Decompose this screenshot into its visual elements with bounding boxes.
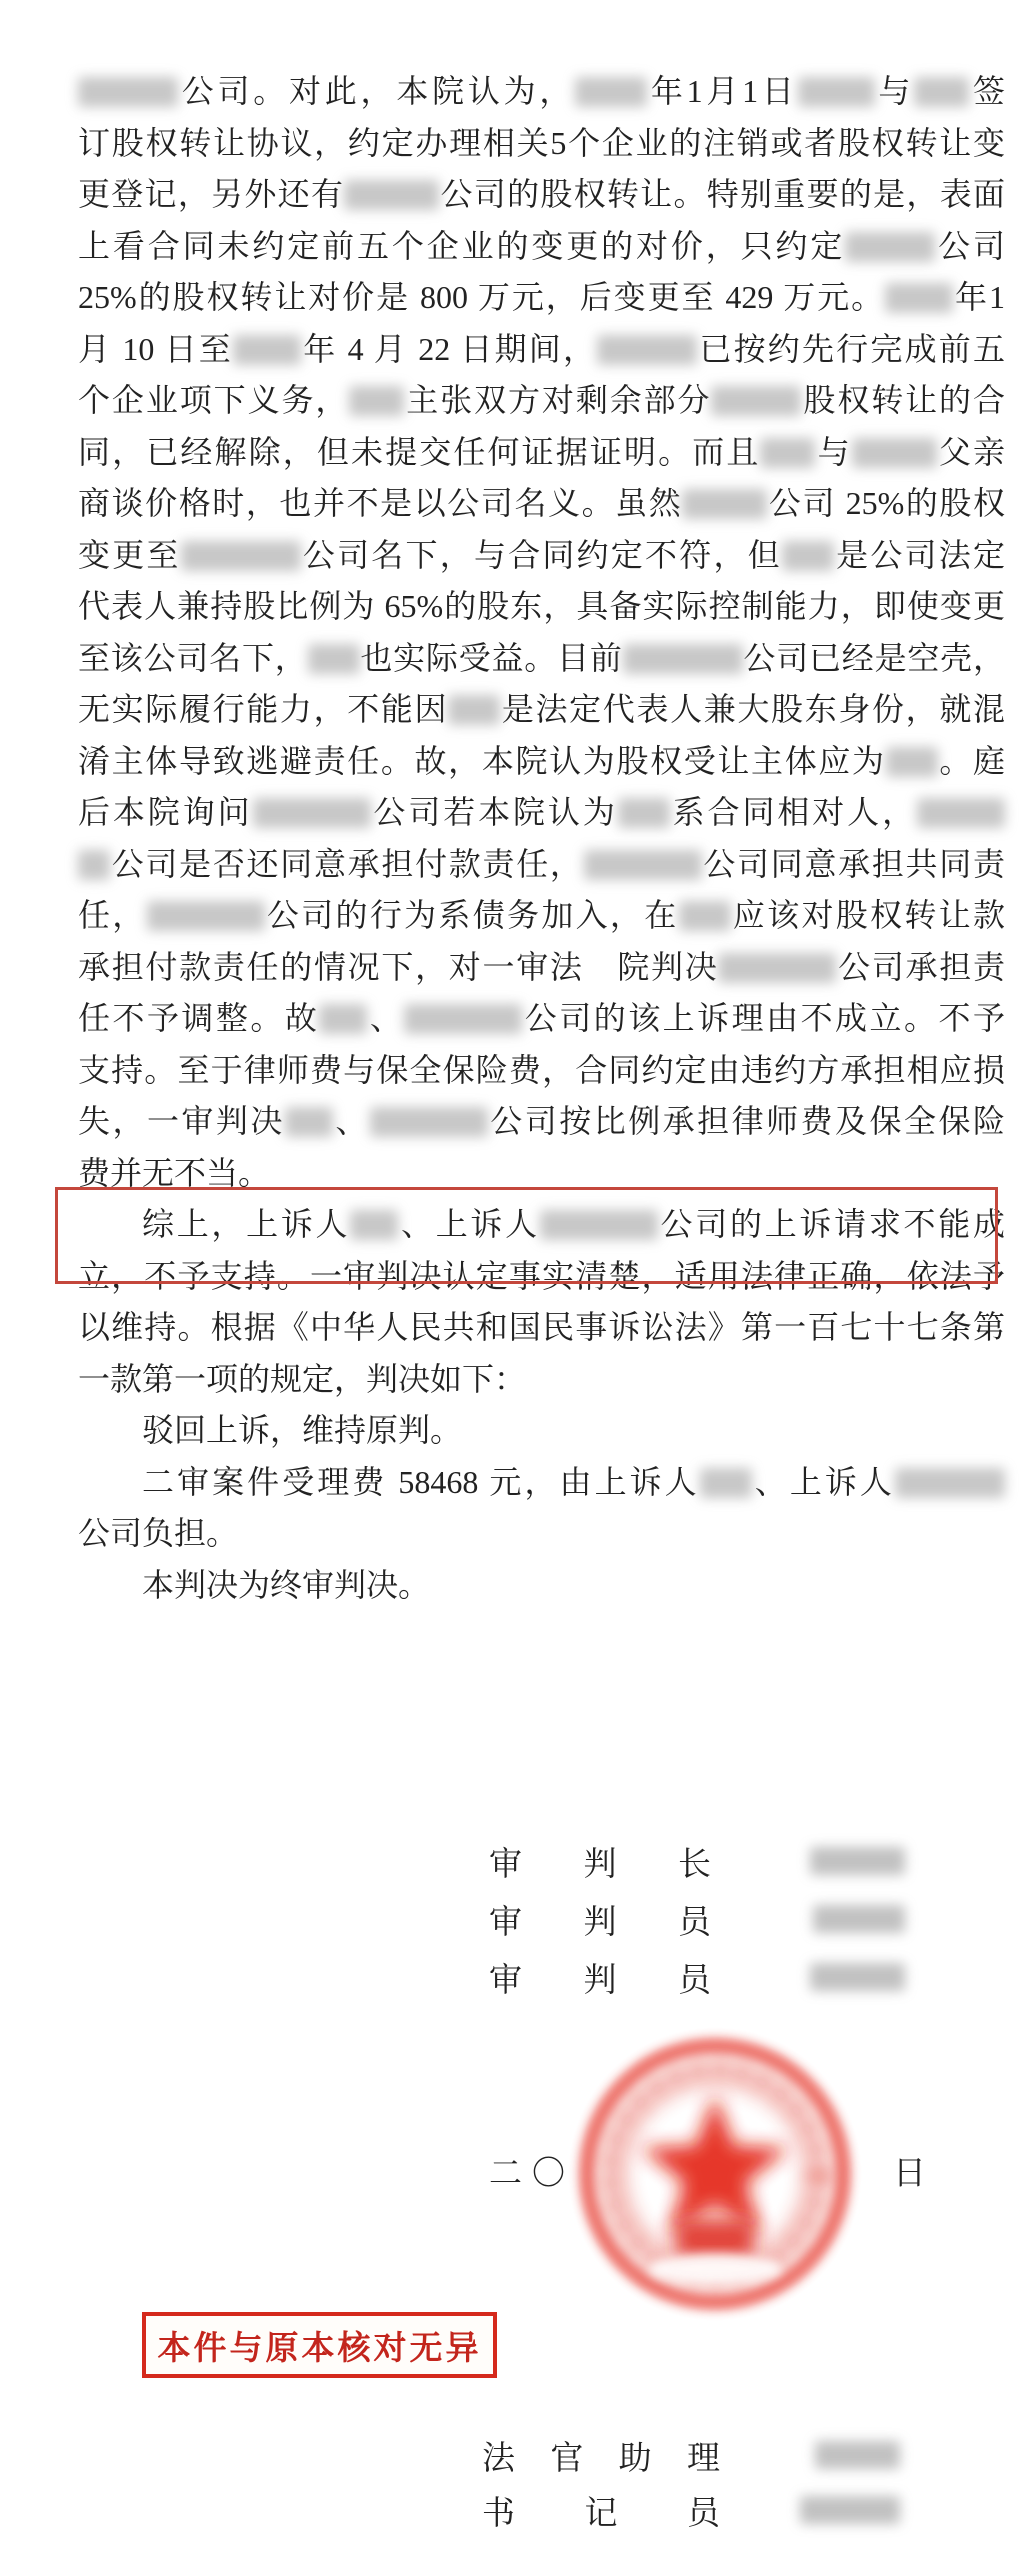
- redacted-text: [914, 77, 969, 107]
- text-segment: 订股权转让协议，约定办理相关5个企业的注销或者股权转让变: [78, 125, 1005, 161]
- text-segment: 与: [875, 73, 915, 109]
- text-segment: 代表人兼持股比例为 65%的股东，具备实际控制能力，即使变更: [78, 588, 1005, 624]
- clerk-row-label: 书记员: [482, 2487, 720, 2534]
- text-line: 订股权转让协议，约定办理相关5个企业的注销或者股权转让变: [78, 118, 1005, 170]
- judges-block: 审判长审判员审判员: [489, 1843, 905, 2017]
- clerk-block: 法官助理书记员: [482, 2437, 900, 2547]
- redacted-text: [886, 747, 938, 777]
- text-line: 无实际履行能力，不能因是法定代表人兼大股东身份，就混: [78, 684, 1005, 736]
- text-segment: 失，一审判决: [78, 1103, 285, 1139]
- text-segment: 公司负担。: [78, 1515, 238, 1551]
- redacted-text: [147, 901, 265, 931]
- text-segment: 公司已经是空壳，: [743, 640, 1005, 676]
- text-segment: 公司的该上诉理由不成立。不予: [522, 1000, 1005, 1036]
- redacted-text: [798, 77, 875, 107]
- verify-stamp-text: 本件与原本核对无异: [158, 2322, 482, 2369]
- text-segment: 任不予调整。故: [78, 1000, 319, 1036]
- text-segment: 年1: [953, 279, 1005, 315]
- judge-row-name-redacted: [810, 1963, 905, 1991]
- text-segment: 变更至: [78, 537, 181, 573]
- text-segment: 一款第一项的规定，判决如下：: [78, 1361, 526, 1397]
- text-segment: 与: [815, 434, 851, 470]
- redacted-text: [370, 1107, 488, 1137]
- text-segment: 父亲: [937, 434, 1005, 470]
- redacted-text: [344, 180, 439, 210]
- redacted-text: [700, 1468, 752, 1498]
- text-segment: 本判决为终审判决。: [142, 1567, 430, 1603]
- star-icon: [641, 2094, 789, 2235]
- text-line: 一款第一项的规定，判决如下：: [78, 1354, 1005, 1406]
- judge-row-name-redacted: [813, 1905, 905, 1933]
- redacted-text: [253, 798, 371, 828]
- redacted-text: [845, 232, 935, 262]
- redacted-text: [597, 335, 697, 365]
- text-segment: 25%的股权转让对价是 800 万元，后变更至 429 万元。: [78, 279, 885, 315]
- redacted-text: [852, 438, 937, 468]
- redacted-text: [404, 1004, 522, 1034]
- text-line: 公司负担。: [78, 1508, 1005, 1560]
- text-line: 失，一审判决、公司按比例承担律师费及保全保险: [78, 1096, 1005, 1148]
- text-segment: 支持。至于律师费与保全保险费，合同约定由违约方承担相应损: [78, 1052, 1005, 1088]
- redacted-text: [584, 850, 702, 880]
- text-segment: 、: [367, 1000, 404, 1036]
- text-line: 综上，上诉人、上诉人公司的上诉请求不能成: [78, 1199, 1005, 1251]
- text-segment: 、上诉人: [398, 1206, 540, 1242]
- text-segment: 是公司法定: [834, 537, 1005, 573]
- redacted-text: [233, 335, 301, 365]
- redacted-text: [885, 283, 953, 313]
- redacted-text: [618, 798, 670, 828]
- text-segment: 系合同相对人，: [670, 794, 917, 830]
- text-segment: 驳回上诉，维持原判。: [142, 1412, 462, 1448]
- text-line: 立，不予支持。一审判决认定事实清楚，适用法律正确，依法予: [78, 1251, 1005, 1303]
- redacted-text: [782, 541, 834, 571]
- redacted-text: [349, 386, 404, 416]
- text-segment: 也实际受益。目前: [360, 640, 623, 676]
- seal-bottom-text-blur: [675, 2218, 755, 2260]
- judge-row: 审判员: [489, 1901, 905, 1937]
- seal-bottom-arc: [649, 2254, 781, 2284]
- clerk-row: 书记员: [482, 2492, 900, 2528]
- text-line: 个企业项下义务，主张双方对剩余部分股权转让的合: [78, 375, 1005, 427]
- redacted-text: [679, 901, 731, 931]
- clerk-row-label: 法官助理: [482, 2432, 720, 2479]
- text-segment: 公司是否还同意承担付款责任，: [110, 846, 584, 882]
- text-segment: 至该公司名下，: [78, 640, 308, 676]
- text-segment: 公司名下，与合同约定不符，但: [301, 537, 782, 573]
- text-line: 公司。对此，本院认为，年1月1日与签: [78, 66, 1005, 118]
- text-line: 二审案件受理费 58468 元，由上诉人、上诉人: [78, 1457, 1005, 1509]
- redacted-text: [760, 438, 815, 468]
- text-line: 本判决为终审判决。: [78, 1560, 1005, 1612]
- redacted-text: [623, 644, 743, 674]
- text-segment: 以维持。根据《中华人民共和国民事诉讼法》第一百七十七条第: [78, 1309, 1005, 1345]
- text-segment: 、上诉人: [752, 1464, 895, 1500]
- text-segment: 淆主体导致逃避责任。故，本院认为股权受让主体应为: [78, 743, 886, 779]
- text-segment: 公司 25%的股权: [767, 485, 1005, 521]
- judge-row-label: 审判员: [489, 1896, 711, 1943]
- text-segment: 月 10 日至: [78, 331, 233, 367]
- verify-stamp: 本件与原本核对无异: [142, 2312, 497, 2378]
- text-line: 至该公司名下，也实际受益。目前公司已经是空壳，: [78, 633, 1005, 685]
- text-line: 淆主体导致逃避责任。故，本院认为股权受让主体应为。庭: [78, 736, 1005, 788]
- text-segment: 更登记，另外还有: [78, 176, 344, 212]
- redacted-text: [917, 798, 1005, 828]
- text-segment: 公司承担责: [836, 949, 1005, 985]
- text-segment: 年 4 月 22 日期间，: [301, 331, 597, 367]
- text-line: 商谈价格时，也并不是以公司名义。虽然公司 25%的股权: [78, 478, 1005, 530]
- text-segment: 公司: [935, 228, 1005, 264]
- redacted-text: [448, 695, 500, 725]
- text-segment: 应该对股权转让款: [731, 897, 1005, 933]
- redacted-text: [575, 77, 647, 107]
- text-segment: 后本院询问: [78, 794, 253, 830]
- text-segment: 公司的行为系债务加入，在: [265, 897, 679, 933]
- text-line: 费并无不当。: [78, 1148, 1005, 1200]
- redacted-text: [319, 1004, 367, 1034]
- text-segment: 综上，上诉人: [142, 1206, 350, 1242]
- text-segment: 公司若本院认为: [371, 794, 618, 830]
- text-line: 支持。至于律师费与保全保险费，合同约定由违约方承担相应损: [78, 1045, 1005, 1097]
- text-segment: 。庭: [938, 743, 1005, 779]
- text-segment: 公司的股权转让。特别重要的是，表面: [439, 176, 1005, 212]
- text-line: 任，公司的行为系债务加入，在应该对股权转让款: [78, 890, 1005, 942]
- text-segment: 费并无不当。: [78, 1155, 270, 1191]
- text-line: 承担付款责任的情况下，对一审法 院判决公司承担责: [78, 942, 1005, 994]
- text-segment: 公司同意承担共同责: [702, 846, 1005, 882]
- judge-row-label: 审判长: [489, 1838, 711, 1885]
- text-line: 公司是否还同意承担付款责任，公司同意承担共同责: [78, 839, 1005, 891]
- court-seal: [563, 2022, 867, 2326]
- text-line: 月 10 日至年 4 月 22 日期间，已按约先行完成前五: [78, 324, 1005, 376]
- text-segment: 股权转让的合: [801, 382, 1005, 418]
- text-segment: 承担付款责任的情况下，对一审法 院判决: [78, 949, 718, 985]
- date-suffix: 日: [893, 2147, 926, 2194]
- text-segment: 商谈价格时，也并不是以公司名义。虽然: [78, 485, 682, 521]
- text-segment: 签: [969, 73, 1005, 109]
- redacted-text: [895, 1468, 1005, 1498]
- text-segment: 公司。对此，本院认为，: [178, 73, 575, 109]
- judgment-page: 公司。对此，本院认为，年1月1日与签订股权转让协议，约定办理相关5个企业的注销或…: [0, 0, 1034, 2560]
- redacted-text: [78, 850, 110, 880]
- redacted-text: [181, 541, 301, 571]
- text-segment: 立，不予支持。一审判决认定事实清楚，适用法律正确，依法予: [78, 1258, 1005, 1294]
- text-segment: 个企业项下义务，: [78, 382, 349, 418]
- text-line: 更登记，另外还有公司的股权转让。特别重要的是，表面: [78, 169, 1005, 221]
- text-segment: 上看合同未约定前五个企业的变更的对价，只约定: [78, 228, 845, 264]
- clerk-row: 法官助理: [482, 2437, 900, 2473]
- document-body: 公司。对此，本院认为，年1月1日与签订股权转让协议，约定办理相关5个企业的注销或…: [78, 66, 1005, 1611]
- text-segment: 无实际履行能力，不能因: [78, 691, 448, 727]
- redacted-text: [78, 77, 178, 107]
- text-segment: 公司按比例承担律师费及保全保险: [488, 1103, 1005, 1139]
- redacted-text: [350, 1210, 398, 1240]
- judge-row: 审判员: [489, 1959, 905, 1995]
- text-line: 任不予调整。故、公司的该上诉理由不成立。不予: [78, 993, 1005, 1045]
- redacted-text: [682, 489, 767, 519]
- text-line: 以维持。根据《中华人民共和国民事诉讼法》第一百七十七条第: [78, 1302, 1005, 1354]
- text-segment: 任，: [78, 897, 147, 933]
- text-line: 同，已经解除，但未提交任何证据证明。而且与父亲: [78, 427, 1005, 479]
- text-line: 上看合同未约定前五个企业的变更的对价，只约定公司: [78, 221, 1005, 273]
- text-segment: 是法定代表人兼大股东身份，就混: [500, 691, 1005, 727]
- text-line: 驳回上诉，维持原判。: [78, 1405, 1005, 1457]
- text-segment: 、: [333, 1103, 370, 1139]
- redacted-text: [718, 953, 836, 983]
- clerk-row-name-redacted: [815, 2441, 900, 2469]
- judge-row-label: 审判员: [489, 1954, 711, 2001]
- text-segment: 公司的上诉请求不能成: [658, 1206, 1005, 1242]
- text-segment: 同，已经解除，但未提交任何证据证明。而且: [78, 434, 760, 470]
- redacted-text: [285, 1107, 333, 1137]
- text-segment: 年1月1日: [647, 73, 798, 109]
- redacted-text: [540, 1210, 658, 1240]
- text-line: 代表人兼持股比例为 65%的股东，具备实际控制能力，即使变更: [78, 581, 1005, 633]
- text-line: 后本院询问公司若本院认为系合同相对人，: [78, 787, 1005, 839]
- text-line: 25%的股权转让对价是 800 万元，后变更至 429 万元。年1: [78, 272, 1005, 324]
- judge-row: 审判长: [489, 1843, 905, 1879]
- text-segment: 主张双方对剩余部分: [404, 382, 711, 418]
- clerk-row-name-redacted: [800, 2496, 900, 2524]
- judge-row-name-redacted: [810, 1847, 905, 1875]
- redacted-text: [308, 644, 360, 674]
- redacted-text: [711, 386, 801, 416]
- text-segment: 二审案件受理费 58468 元，由上诉人: [142, 1464, 700, 1500]
- text-segment: 已按约先行完成前五: [697, 331, 1005, 367]
- text-line: 变更至公司名下，与合同约定不符，但是公司法定: [78, 530, 1005, 582]
